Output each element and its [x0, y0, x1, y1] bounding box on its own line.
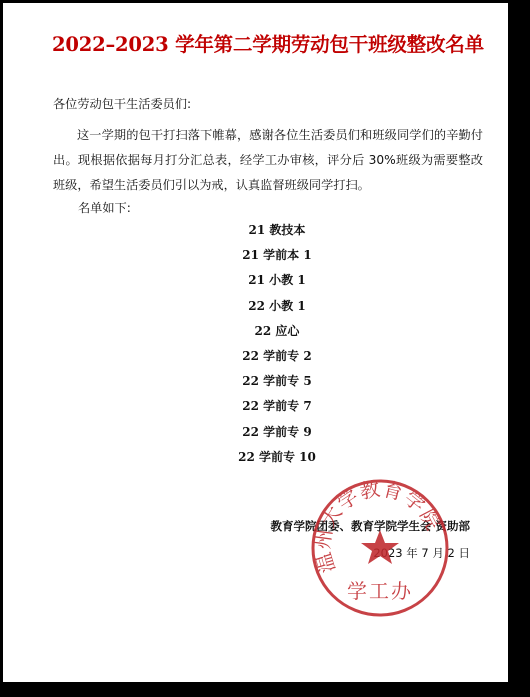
star-icon — [361, 530, 399, 564]
class-item: 22 小教 1 — [153, 294, 401, 319]
class-item: 22 学前专 10 — [153, 445, 401, 470]
class-item: 22 应心 — [153, 319, 401, 344]
class-item: 21 小教 1 — [153, 268, 401, 293]
salutation: 各位劳动包干生活委员们: — [53, 92, 191, 116]
seal-ring-text: 温州大学教育学院 — [310, 478, 446, 576]
class-item: 21 学前本 1 — [153, 243, 401, 268]
svg-text:温州大学教育学院: 温州大学教育学院 — [310, 478, 446, 576]
class-item: 22 学前专 9 — [153, 420, 401, 445]
official-seal: 温州大学教育学院 学工办 — [310, 478, 450, 618]
class-list: 21 教技本 21 学前本 1 21 小教 1 22 小教 1 22 应心 22… — [153, 218, 401, 470]
class-item: 21 教技本 — [153, 218, 401, 243]
document-title: 2022–2023 学年第二学期劳动包干班级整改名单 — [52, 33, 472, 57]
class-item: 22 学前专 2 — [153, 344, 401, 369]
body-paragraph: 这一学期的包干打扫落下帷幕，感谢各位生活委员们和班级同学们的辛勤付出。现根据依据… — [53, 123, 483, 198]
document-page: 2022–2023 学年第二学期劳动包干班级整改名单 各位劳动包干生活委员们: … — [3, 3, 508, 682]
class-item: 22 学前专 7 — [153, 394, 401, 419]
list-intro: 名单如下: — [78, 196, 131, 220]
seal-center-text: 学工办 — [347, 579, 413, 603]
class-item: 22 学前专 5 — [153, 369, 401, 394]
